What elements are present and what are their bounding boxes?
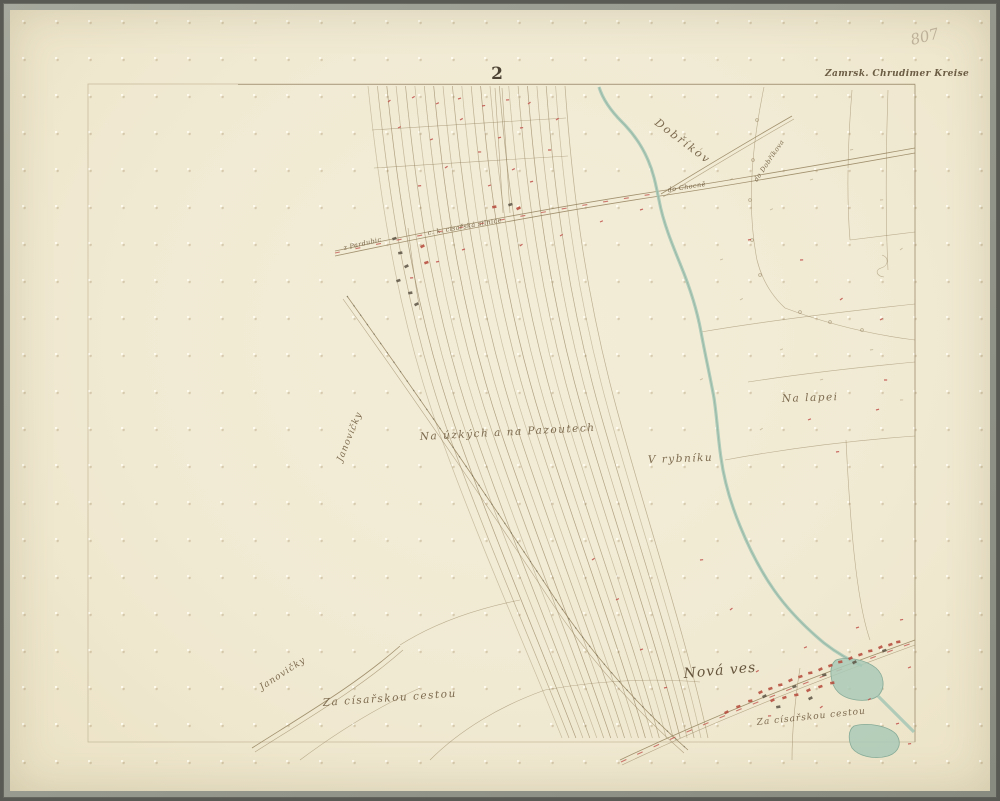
label-na-lapei: Na lapei [781, 391, 839, 405]
label-v-rybniku: V rybníku [648, 452, 714, 466]
parcel-number-marks [388, 96, 911, 744]
labels: 2 Zamrsk. Chrudimer Kreise 807 Dobříkov … [256, 24, 969, 728]
label-za-cisarskou-east: Za císařskou cestou [755, 706, 866, 729]
label-janovicky-upper: Janovičky [334, 410, 365, 465]
pond [831, 658, 883, 700]
sheet-number: 2 [491, 64, 503, 84]
label-dobrikov: Dobříkov [651, 115, 713, 166]
map-frame [88, 84, 915, 742]
label-janovicky-lower: Janovičky [256, 655, 308, 694]
sheet-title: Zamrsk. Chrudimer Kreise [824, 69, 969, 79]
cadastral-map: 2 Zamrsk. Chrudimer Kreise 807 Dobříkov … [0, 0, 1000, 801]
handwritten-archive-number: 807 [909, 24, 942, 49]
pond [849, 724, 899, 757]
river [599, 87, 914, 758]
village-houses [392, 203, 901, 715]
label-road-z-pardubic: z Pardubic [342, 235, 383, 252]
label-imperial-road: c. k. císařská silnice [427, 216, 502, 237]
label-nova-ves: Nová ves [682, 660, 757, 682]
scanned-map-sheet: 2 Zamrsk. Chrudimer Kreise 807 Dobříkov … [0, 0, 1000, 801]
